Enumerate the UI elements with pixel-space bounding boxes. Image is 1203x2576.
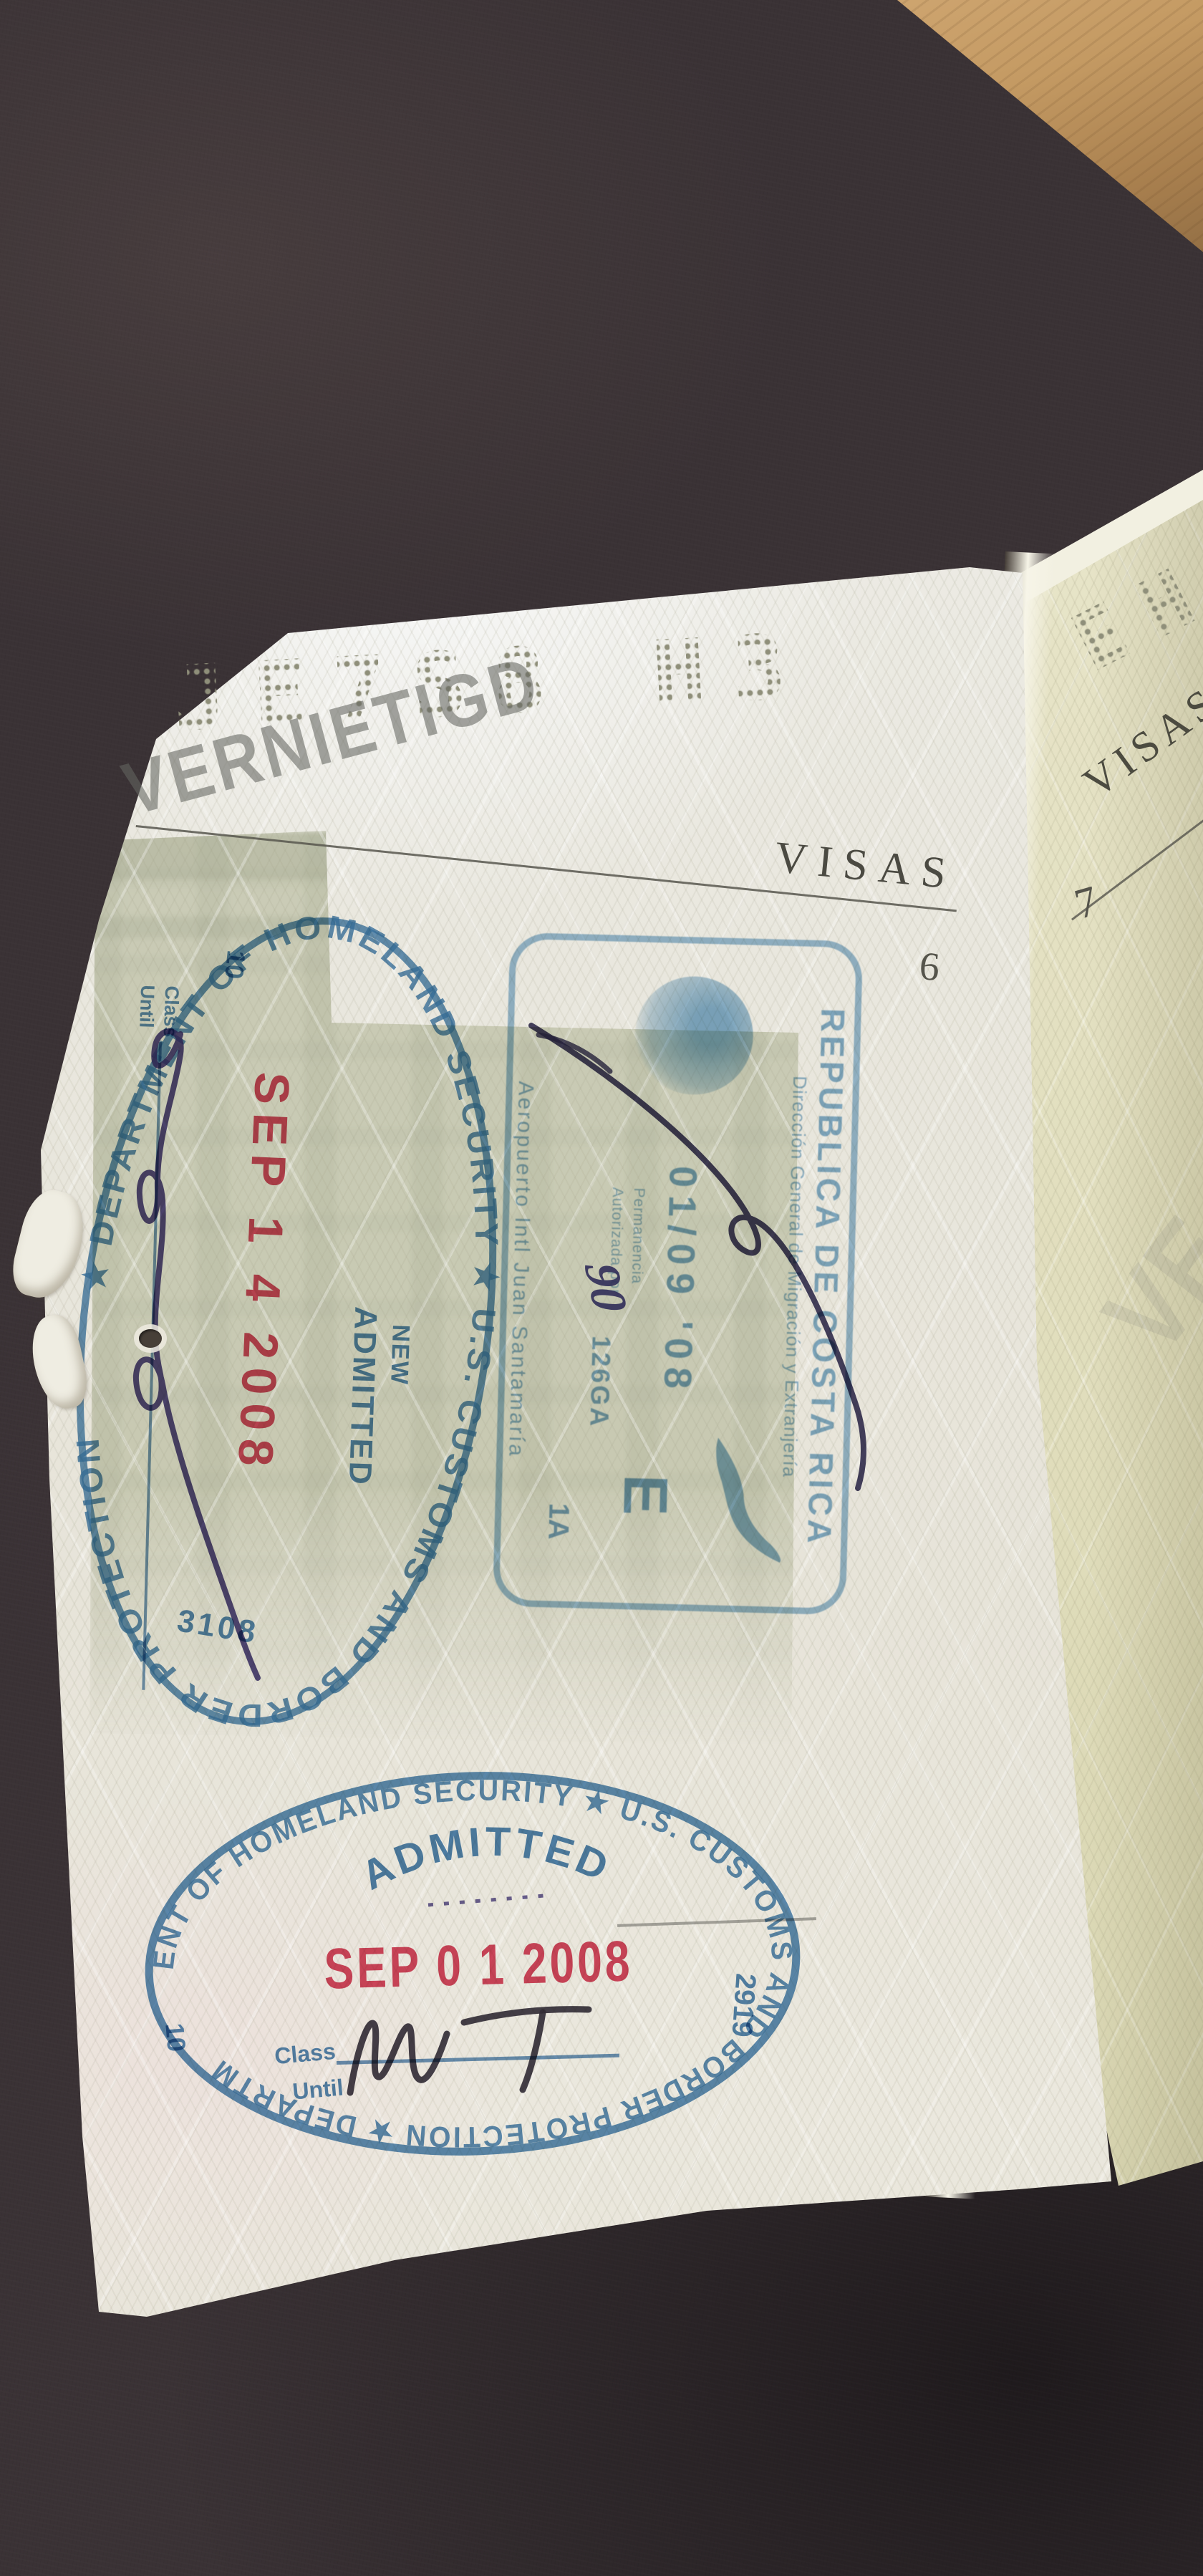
costa-rica-entry-letter: E: [609, 1474, 680, 1517]
costa-rica-code: 126GA: [584, 1336, 616, 1429]
passport-photo-scene: EH VISAS 7 VE JE7S8 H3 VERNIETIGD VISAS …: [0, 0, 1203, 2576]
oval-stamp-port-code: 10: [159, 2022, 191, 2053]
page-number-left: 6: [917, 943, 941, 990]
costa-rica-entry-class: 1A: [541, 1502, 574, 1540]
round-stamp-admitted: ADMITTED: [342, 1306, 384, 1487]
round-stamp-class-until-labels: Class Until: [134, 985, 184, 1038]
oval-stamp-until-label: Until: [291, 2074, 344, 2105]
round-stamp-class-label: Class: [158, 985, 184, 1038]
oval-stamp-class-label: Class: [274, 2038, 337, 2070]
round-stamp-status: NEW: [385, 1324, 415, 1386]
costa-rica-entry-date: 01/09 '08: [655, 1165, 705, 1397]
round-stamp-until-label: Until: [134, 985, 160, 1037]
oval-stamp-date: SEP 0 1 2008: [323, 1928, 633, 2002]
oval-stamp-officer-number: 2919: [725, 1972, 761, 2038]
bird-icon: [697, 1432, 787, 1566]
handwritten-number: 90: [572, 1261, 639, 1313]
round-stamp-port-code: 10: [218, 949, 251, 980]
paper-hole: [139, 1329, 162, 1348]
costa-rica-entry-stamp: REPUBLICA DE COSTA RICA Dirección Genera…: [493, 932, 863, 1616]
